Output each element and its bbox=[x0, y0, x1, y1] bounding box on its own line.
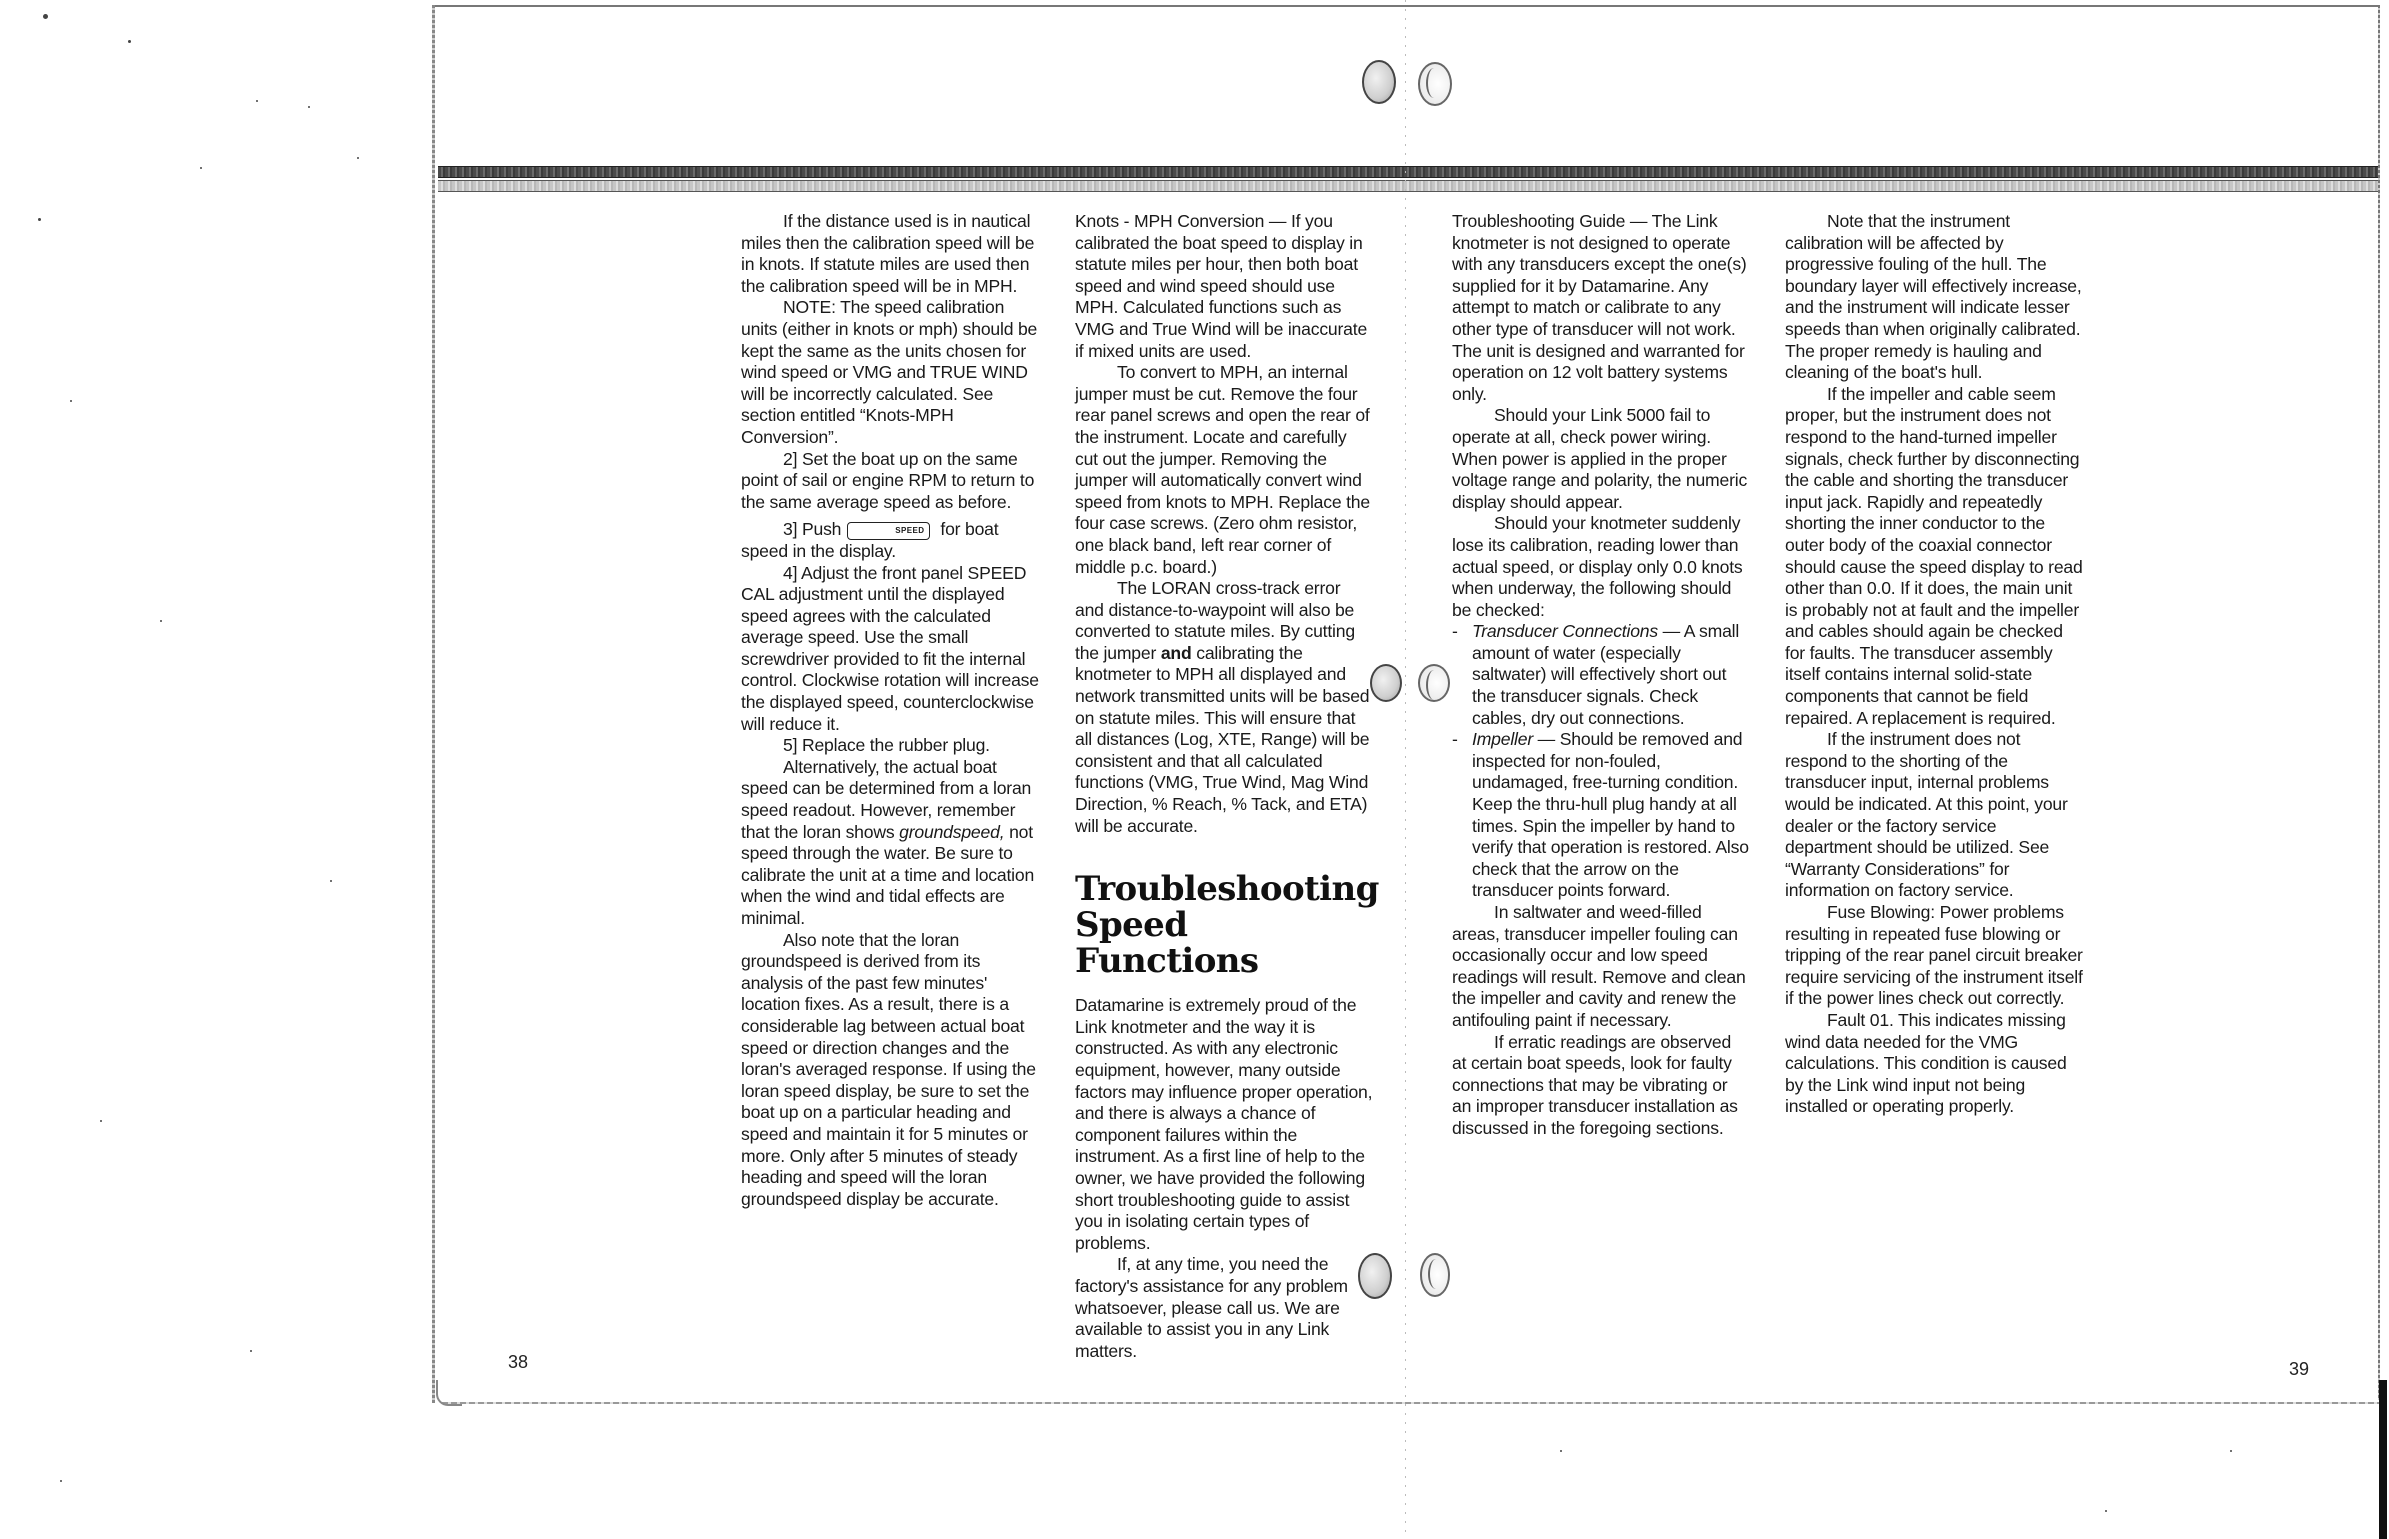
right-page-column-4: Note that the instrument calibration wil… bbox=[1785, 211, 2083, 1118]
binding-hole-icon bbox=[1418, 62, 1452, 106]
paragraph: Should your knotmeter suddenly lose its … bbox=[1452, 513, 1750, 621]
step-4: 4] Adjust the front panel SPEED CAL adju… bbox=[741, 563, 1041, 736]
list-text: — Should be removed and inspected for no… bbox=[1472, 729, 1749, 900]
knots-mph-conversion-paragraph: Knots - MPH Conversion — If you calibrat… bbox=[1075, 211, 1373, 362]
binding-hole-icon bbox=[1418, 664, 1450, 702]
page-left-edge bbox=[432, 5, 435, 1403]
scan-speck bbox=[250, 1350, 252, 1352]
fault-01-paragraph: Fault 01. This indicates missing wind da… bbox=[1785, 1010, 2083, 1118]
paragraph: If erratic readings are observed at cert… bbox=[1452, 1032, 1750, 1140]
paragraph: If the instrument does not respond to th… bbox=[1785, 729, 2083, 902]
paragraph: Also note that the loran groundspeed is … bbox=[741, 930, 1041, 1211]
left-page-column-2: Knots - MPH Conversion — If you calibrat… bbox=[1075, 211, 1373, 1362]
step-2: 2] Set the boat up on the same point of … bbox=[741, 449, 1041, 514]
scan-speck bbox=[100, 1120, 102, 1122]
page-bottom-edge bbox=[442, 1402, 2380, 1404]
paragraph: In saltwater and weed-filled areas, tran… bbox=[1452, 902, 1750, 1032]
scan-speck bbox=[160, 620, 162, 622]
fuse-blowing-paragraph: Fuse Blowing: Power problems resulting i… bbox=[1785, 902, 2083, 1010]
header-band-dark bbox=[438, 166, 2378, 178]
paragraph: If the impeller and cable seem proper, b… bbox=[1785, 384, 2083, 730]
scan-speck bbox=[128, 40, 131, 43]
list-item: Impeller — Should be removed and inspect… bbox=[1452, 729, 1750, 902]
right-page-column-3: Troubleshooting Guide — The Link knotmet… bbox=[1452, 211, 1750, 1140]
scan-speck bbox=[1560, 1450, 1562, 1452]
left-page-column-1: If the distance used is in nautical mile… bbox=[741, 211, 1041, 1210]
paragraph: If, at any time, you need the factory's … bbox=[1075, 1254, 1373, 1362]
note-paragraph: NOTE: The speed calibration units (eithe… bbox=[741, 297, 1041, 448]
scan-speck bbox=[60, 1480, 62, 1482]
scan-speck bbox=[256, 100, 258, 102]
scan-speck bbox=[330, 880, 332, 882]
scan-speck bbox=[2105, 1510, 2107, 1512]
list-term: Transducer Connections bbox=[1472, 621, 1658, 641]
page-corner bbox=[436, 1380, 462, 1406]
checklist: Transducer Connections — A small amount … bbox=[1452, 621, 1750, 902]
page-number-right: 39 bbox=[2289, 1359, 2309, 1380]
paragraph: Alternatively, the actual boat speed can… bbox=[741, 757, 1041, 930]
binding-hole-icon bbox=[1362, 60, 1396, 104]
paragraph: Should your Link 5000 fail to operate at… bbox=[1452, 405, 1750, 513]
emphasis: groundspeed, bbox=[899, 822, 1004, 842]
binding-gutter bbox=[1405, 0, 1406, 1539]
troubleshooting-guide-paragraph: Troubleshooting Guide — The Link knotmet… bbox=[1452, 211, 1750, 405]
step-3-text: 3] Push bbox=[783, 519, 841, 539]
scan-speck bbox=[38, 218, 41, 221]
speed-key-icon: SPEED bbox=[847, 522, 930, 540]
scan-edge-shadow bbox=[2379, 1380, 2387, 1539]
scan-speck bbox=[70, 400, 72, 402]
page-number-left: 38 bbox=[508, 1352, 528, 1373]
header-band-light bbox=[438, 180, 2378, 192]
step-3: 3] PushSPEEDfor boat speed in the displa… bbox=[741, 519, 1041, 562]
binding-hole-icon bbox=[1370, 664, 1402, 702]
step-5: 5] Replace the rubber plug. bbox=[741, 735, 1041, 757]
binding-hole-icon bbox=[1420, 1253, 1450, 1297]
scan-speck bbox=[357, 157, 359, 159]
scan-speck bbox=[2230, 1450, 2232, 1452]
scan-speck bbox=[200, 167, 202, 169]
scan-speck bbox=[308, 106, 310, 108]
scan-speck bbox=[43, 14, 48, 19]
paragraph: If the distance used is in nautical mile… bbox=[741, 211, 1041, 297]
emphasis: and bbox=[1161, 643, 1192, 663]
paragraph: Datamarine is extremely proud of the Lin… bbox=[1075, 995, 1373, 1254]
paragraph: Note that the instrument calibration wil… bbox=[1785, 211, 2083, 384]
paragraph: The LORAN cross-track error and distance… bbox=[1075, 578, 1373, 837]
section-heading: Troubleshooting Speed Functions bbox=[1075, 871, 1335, 979]
list-term: Impeller bbox=[1472, 729, 1533, 749]
list-item: Transducer Connections — A small amount … bbox=[1452, 621, 1750, 729]
paragraph: To convert to MPH, an internal jumper mu… bbox=[1075, 362, 1373, 578]
page-right-edge bbox=[2378, 5, 2380, 1400]
text-run: calibrating the knotmeter to MPH all dis… bbox=[1075, 643, 1369, 836]
